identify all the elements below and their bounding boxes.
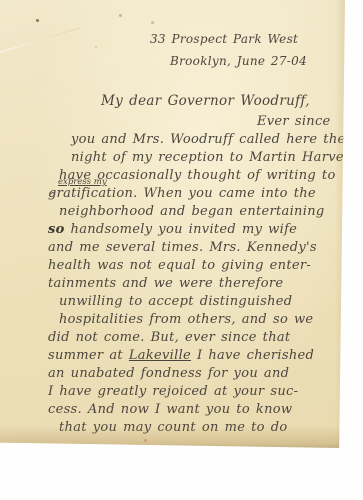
letter-body: you and Mrs. Woodruff called here the ni… bbox=[0, 131, 363, 437]
handwritten-line: tainments and we were therefore bbox=[48, 275, 363, 293]
handwritten-line: summer at Lakeville I have cherished bbox=[48, 347, 363, 365]
opening-phrase: Ever since bbox=[257, 114, 331, 129]
handwritten-line: neighborhood and began entertaining bbox=[59, 203, 363, 221]
foxing-spot bbox=[119, 14, 122, 17]
crease-mark bbox=[0, 28, 79, 54]
handwritten-line: and me several times. Mrs. Kennedy's bbox=[48, 239, 363, 257]
handwritten-line: cess. And now I want you to know bbox=[48, 401, 363, 419]
line-text: summer at bbox=[48, 348, 129, 363]
date-line: Brooklyn, June 27-04 bbox=[170, 54, 307, 68]
handwritten-line: I have greatly rejoiced at your suc- bbox=[48, 383, 363, 401]
salutation: My dear Governor Woodruff, bbox=[101, 93, 310, 109]
stain-spot bbox=[144, 439, 147, 442]
line-text: I have cherished bbox=[191, 348, 314, 363]
handwritten-line: that you may count on me to do bbox=[59, 419, 363, 437]
handwritten-line: have occasionally thought of writing to bbox=[59, 167, 363, 185]
handwritten-line: health was not equal to giving enter- bbox=[48, 257, 363, 275]
letter-paper: 33 Prospect Park West Brooklyn, June 27-… bbox=[0, 0, 345, 448]
handwritten-line: unwilling to accept distinguished bbox=[59, 293, 363, 311]
handwritten-line: did not come. But, ever since that bbox=[48, 329, 363, 347]
foxing-spot bbox=[36, 19, 39, 22]
handwritten-line: an unabated fondness for you and bbox=[48, 365, 363, 383]
foxing-spot bbox=[151, 21, 154, 24]
handwritten-line: hospitalities from others, and so we bbox=[59, 311, 363, 329]
address-line: 33 Prospect Park West bbox=[150, 32, 298, 46]
line-text: handsomely you invited my wife bbox=[65, 222, 298, 237]
scanned-letter-background: 33 Prospect Park West Brooklyn, June 27-… bbox=[0, 0, 363, 500]
overwritten-word: so bbox=[48, 222, 65, 237]
underlined-word: Lakeville bbox=[129, 348, 191, 363]
handwritten-line: night of my reception to Martin Harvey I bbox=[71, 149, 363, 167]
handwritten-line: gratification. When you came into the bbox=[48, 185, 363, 203]
handwritten-line: so handsomely you invited my wife bbox=[48, 221, 363, 239]
foxing-spot bbox=[95, 46, 97, 48]
handwritten-line: you and Mrs. Woodruff called here the bbox=[71, 131, 363, 149]
